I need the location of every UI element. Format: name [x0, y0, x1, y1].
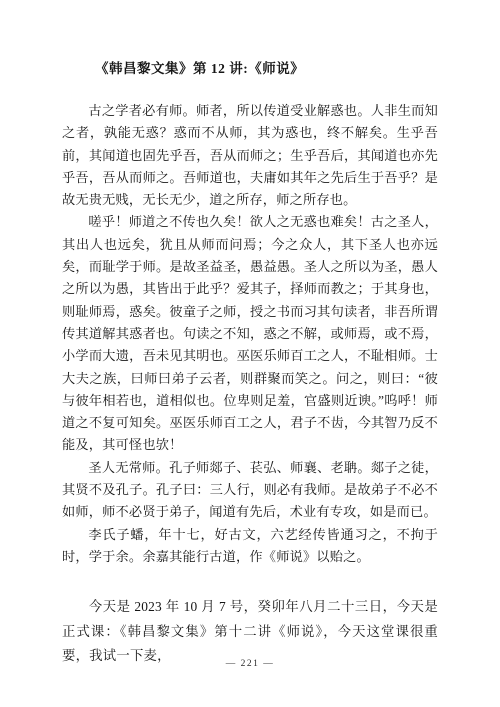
article-body: 古之学者必有师。师者，所以传道受业解惑也。人非生而知之者，孰能无惑？惑而不从师，… [62, 100, 438, 669]
page-title: 《韩昌黎文集》第 12 讲:《师说》 [95, 57, 304, 77]
paragraph-guwen-2: 嗟乎！师道之不传也久矣！欲人之无惑也难矣！古之圣人，其出人也远矣，犹且从师而问焉… [62, 211, 438, 456]
paragraph-guwen-1: 古之学者必有师。师者，所以传道受业解惑也。人非生而知之者，孰能无惑？惑而不从师，… [62, 100, 438, 211]
lecture-note-paragraph: 今天是 2023 年 10 月 7 号，癸卯年八月二十三日，今天是正式课：《韩昌… [62, 595, 438, 669]
paragraph-guwen-4: 李氏子蟠，年十七，好古文，六艺经传皆通习之，不拘于时，学于余。余嘉其能行古道，作… [62, 524, 438, 569]
document-page: 《韩昌黎文集》第 12 讲:《师说》 古之学者必有师。师者，所以传道受业解惑也。… [0, 0, 500, 707]
page-number: — 221 — [0, 659, 500, 669]
paragraph-guwen-3: 圣人无常师。孔子师郯子、苌弘、师襄、老聃。郯子之徒，其贤不及孔子。孔子曰：三人行… [62, 457, 438, 524]
